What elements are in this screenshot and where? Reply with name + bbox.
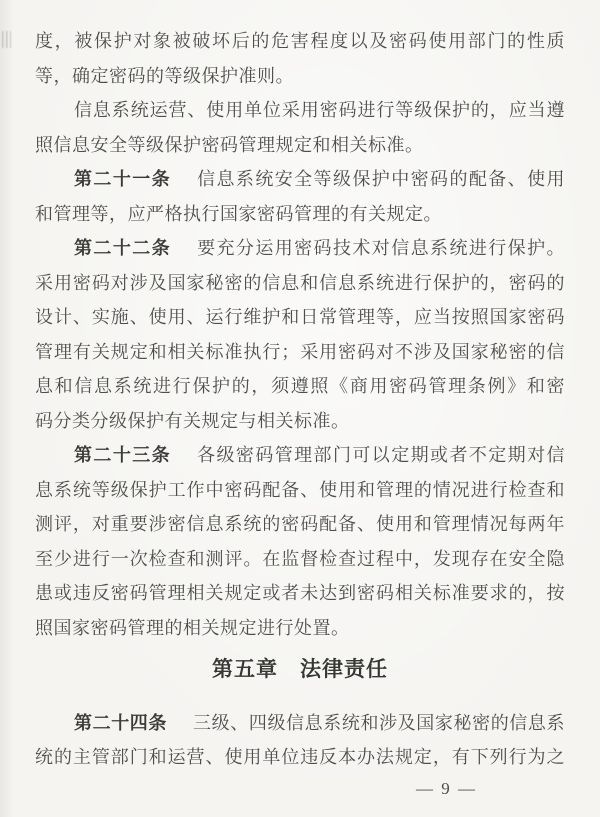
page-number: — 9 —	[35, 777, 565, 801]
text-line: 第二十四条三级、四级信息系统和涉及国家秘密的信息系	[35, 706, 565, 741]
article-number: 第二十一条	[74, 169, 171, 189]
text-line: 照国家密码管理的相关规定进行处置。	[35, 611, 565, 646]
article-text: 信息系统安全等级保护中密码的配备、使用	[197, 169, 565, 189]
text-line: 等，确定密码的等级保护准则。	[35, 59, 565, 94]
text-line: 照信息安全等级保护密码管理规定和相关标准。	[35, 128, 565, 163]
text-line: 信息系统运营、使用单位采用密码进行等级保护的，应当遵	[35, 93, 565, 128]
text-line: 息系统等级保护工作中密码配备、使用和管理的情况进行检查和	[35, 473, 565, 508]
text-line: 采用密码对涉及国家秘密的信息和信息系统进行保护的，密码的	[35, 266, 565, 301]
text-line: 测评，对重要涉密信息系统的密码配备、使用和管理情况每两年	[35, 507, 565, 542]
document-content: 度，被保护对象被破坏后的危害程度以及密码使用部门的性质 等，确定密码的等级保护准…	[0, 0, 600, 817]
text-line: 至少进行一次检查和测评。在监督检查过程中，发现存在安全隐	[35, 542, 565, 577]
article-text: 三级、四级信息系统和涉及国家秘密的信息系	[193, 713, 565, 733]
text-line: 统的主管部门和运营、使用单位违反本办法规定，有下列行为之	[35, 740, 565, 775]
text-line: 管理有关规定和相关标准执行；采用密码对不涉及国家秘密的信	[35, 335, 565, 370]
text-line: 第二十三条各级密码管理部门可以定期或者不定期对信	[35, 438, 565, 473]
text-line: 第二十一条信息系统安全等级保护中密码的配备、使用	[35, 162, 565, 197]
article-number: 第二十四条	[74, 713, 167, 733]
text-line: 度，被保护对象被破坏后的危害程度以及密码使用部门的性质	[35, 24, 565, 59]
article-text: 要充分运用密码技术对信息系统进行保护。	[197, 238, 565, 258]
text-line: 息和信息系统进行保护的，须遵照《商用密码管理条例》和密	[35, 369, 565, 404]
text-line: 第二十二条要充分运用密码技术对信息系统进行保护。	[35, 231, 565, 266]
article-number: 第二十三条	[74, 445, 171, 465]
text-line: 和管理等，应严格执行国家密码管理的有关规定。	[35, 197, 565, 232]
closing-paragraph: 第二十四条三级、四级信息系统和涉及国家秘密的信息系 统的主管部门和运营、使用单位…	[35, 706, 565, 775]
document-page: 度，被保护对象被破坏后的危害程度以及密码使用部门的性质 等，确定密码的等级保护准…	[0, 0, 600, 817]
text-line: 设计、实施、使用、运行维护和日常管理等，应当按照国家密码	[35, 300, 565, 335]
article-text: 各级密码管理部门可以定期或者不定期对信	[197, 445, 565, 465]
text-line: 患或违反密码管理相关规定或者未达到密码相关标准要求的，按	[35, 576, 565, 611]
article-number: 第二十二条	[74, 238, 171, 258]
text-line: 码分类分级保护有关规定与相关标准。	[35, 404, 565, 439]
chapter-heading: 第五章 法律责任	[35, 653, 565, 688]
